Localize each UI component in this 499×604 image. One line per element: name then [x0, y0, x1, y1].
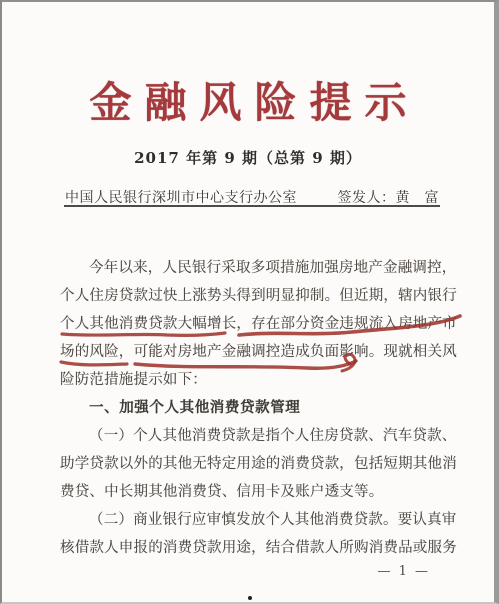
document-body: 今年以来，人民银行采取多项措施加强房地产金融调控， 个人住房贷款过快上涨势头得到… [60, 254, 460, 562]
issuer-name: 黄 富 [396, 190, 440, 206]
body-line: 今年以来，人民银行采取多项措施加强房地产金融调控， [60, 254, 460, 282]
document-page: 金融风险提示 2017 年第 9 期（总第 9 期） 中国人民银行深圳市中心支行… [0, 0, 499, 604]
body-line: 场的风险，可能对房地产金融调控造成负面影响。现就相关风 [60, 338, 460, 366]
issuing-office: 中国人民银行深圳市中心支行办公室 [65, 187, 297, 207]
body-line: 个人其他消费贷款大幅增长，存在部分资金违规流入房地产市 [60, 310, 460, 338]
issuer: 签发人：黄 富 [338, 187, 440, 207]
header-divider [64, 205, 440, 207]
page-number: — 1 — [377, 564, 430, 579]
body-line: （二）商业银行应审慎发放个人其他消费贷款。要认真审 [60, 506, 460, 534]
body-line: 核借款人申报的消费贷款用途，结合借款人所购消费品或服务 [60, 534, 460, 562]
header-row: 中国人民银行深圳市中心支行办公室 签发人：黄 富 [65, 187, 439, 207]
issue-number-line: 2017 年第 9 期（总第 9 期） [2, 147, 494, 168]
section-heading: 一、加强个人其他消费贷款管理 [60, 394, 460, 422]
ink-speck [248, 596, 252, 600]
body-line: 个人住房贷款过快上涨势头得到明显抑制。但近期，辖内银行 [60, 282, 460, 310]
body-line: 险防范措施提示如下： [60, 366, 460, 394]
body-line: 助学贷款以外的其他无特定用途的消费贷款，包括短期其他消 [60, 450, 460, 478]
body-line: （一）个人其他消费贷款是指个人住房贷款、汽车贷款、 [60, 422, 460, 450]
body-line: 费贷、中长期其他消费贷、信用卡及账户透支等。 [60, 478, 460, 506]
document-title: 金融风险提示 [2, 82, 494, 124]
issuer-label: 签发人： [338, 190, 396, 206]
